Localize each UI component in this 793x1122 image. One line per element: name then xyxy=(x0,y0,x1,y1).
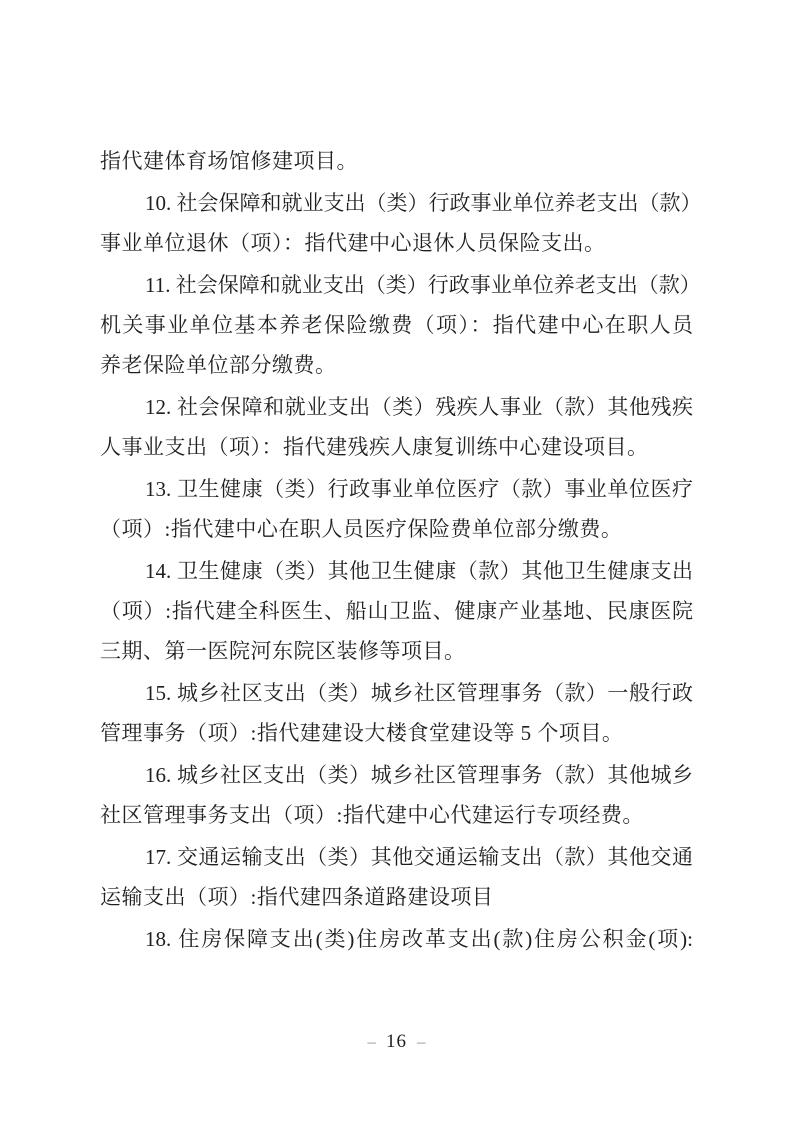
body-text: 指代建体育场馆修建项目。 10. 社会保障和就业支出（类）行政事业单位养老支出（… xyxy=(100,141,693,959)
text-line: 11. 社会保障和就业支出（类）行政事业单位养老支出（款） xyxy=(100,265,693,305)
text-line: 指代建体育场馆修建项目。 xyxy=(100,141,693,181)
document-page: 指代建体育场馆修建项目。 10. 社会保障和就业支出（类）行政事业单位养老支出（… xyxy=(0,0,793,1122)
text-line: 13. 卫生健康（类）行政事业单位医疗（款）事业单位医疗 xyxy=(100,469,693,509)
text-line: 三期、第一医院河东院区装修等项目。 xyxy=(100,631,693,671)
footer-right-dash: – xyxy=(407,1032,436,1051)
text-line: 10. 社会保障和就业支出（类）行政事业单位养老支出（款） xyxy=(100,183,693,223)
text-line: 运输支出（项）:指代建四条道路建设项目 xyxy=(100,877,693,917)
page-number: 16 xyxy=(386,1031,407,1052)
page-footer: –16– xyxy=(0,1028,793,1056)
text-line: （项）:指代建中心在职人员医疗保险费单位部分缴费。 xyxy=(100,509,693,549)
text-line: 社区管理事务支出（项）:指代建中心代建运行专项经费。 xyxy=(100,795,693,835)
text-line: 管理事务（项）:指代建建设大楼食堂建设等 5 个项目。 xyxy=(100,713,693,753)
text-line: 12. 社会保障和就业支出（类）残疾人事业（款）其他残疾 xyxy=(100,387,693,427)
text-line: 人事业支出（项）：指代建残疾人康复训练中心建设项目。 xyxy=(100,427,693,467)
text-line: 17. 交通运输支出（类）其他交通运输支出（款）其他交通 xyxy=(100,837,693,877)
footer-left-dash: – xyxy=(358,1032,387,1051)
text-line: （项）:指代建全科医生、船山卫监、健康产业基地、民康医院 xyxy=(100,591,693,631)
text-line: 14. 卫生健康（类）其他卫生健康（款）其他卫生健康支出 xyxy=(100,551,693,591)
text-line: 16. 城乡社区支出（类）城乡社区管理事务（款）其他城乡 xyxy=(100,755,693,795)
text-line: 养老保险单位部分缴费。 xyxy=(100,345,693,385)
text-line: 15. 城乡社区支出（类）城乡社区管理事务（款）一般行政 xyxy=(100,673,693,713)
text-line: 18. 住房保障支出(类)住房改革支出(款)住房公积金(项): xyxy=(100,919,693,959)
text-line: 事业单位退休（项）：指代建中心退休人员保险支出。 xyxy=(100,223,693,263)
text-line: 机关事业单位基本养老保险缴费（项）：指代建中心在职人员 xyxy=(100,305,693,345)
